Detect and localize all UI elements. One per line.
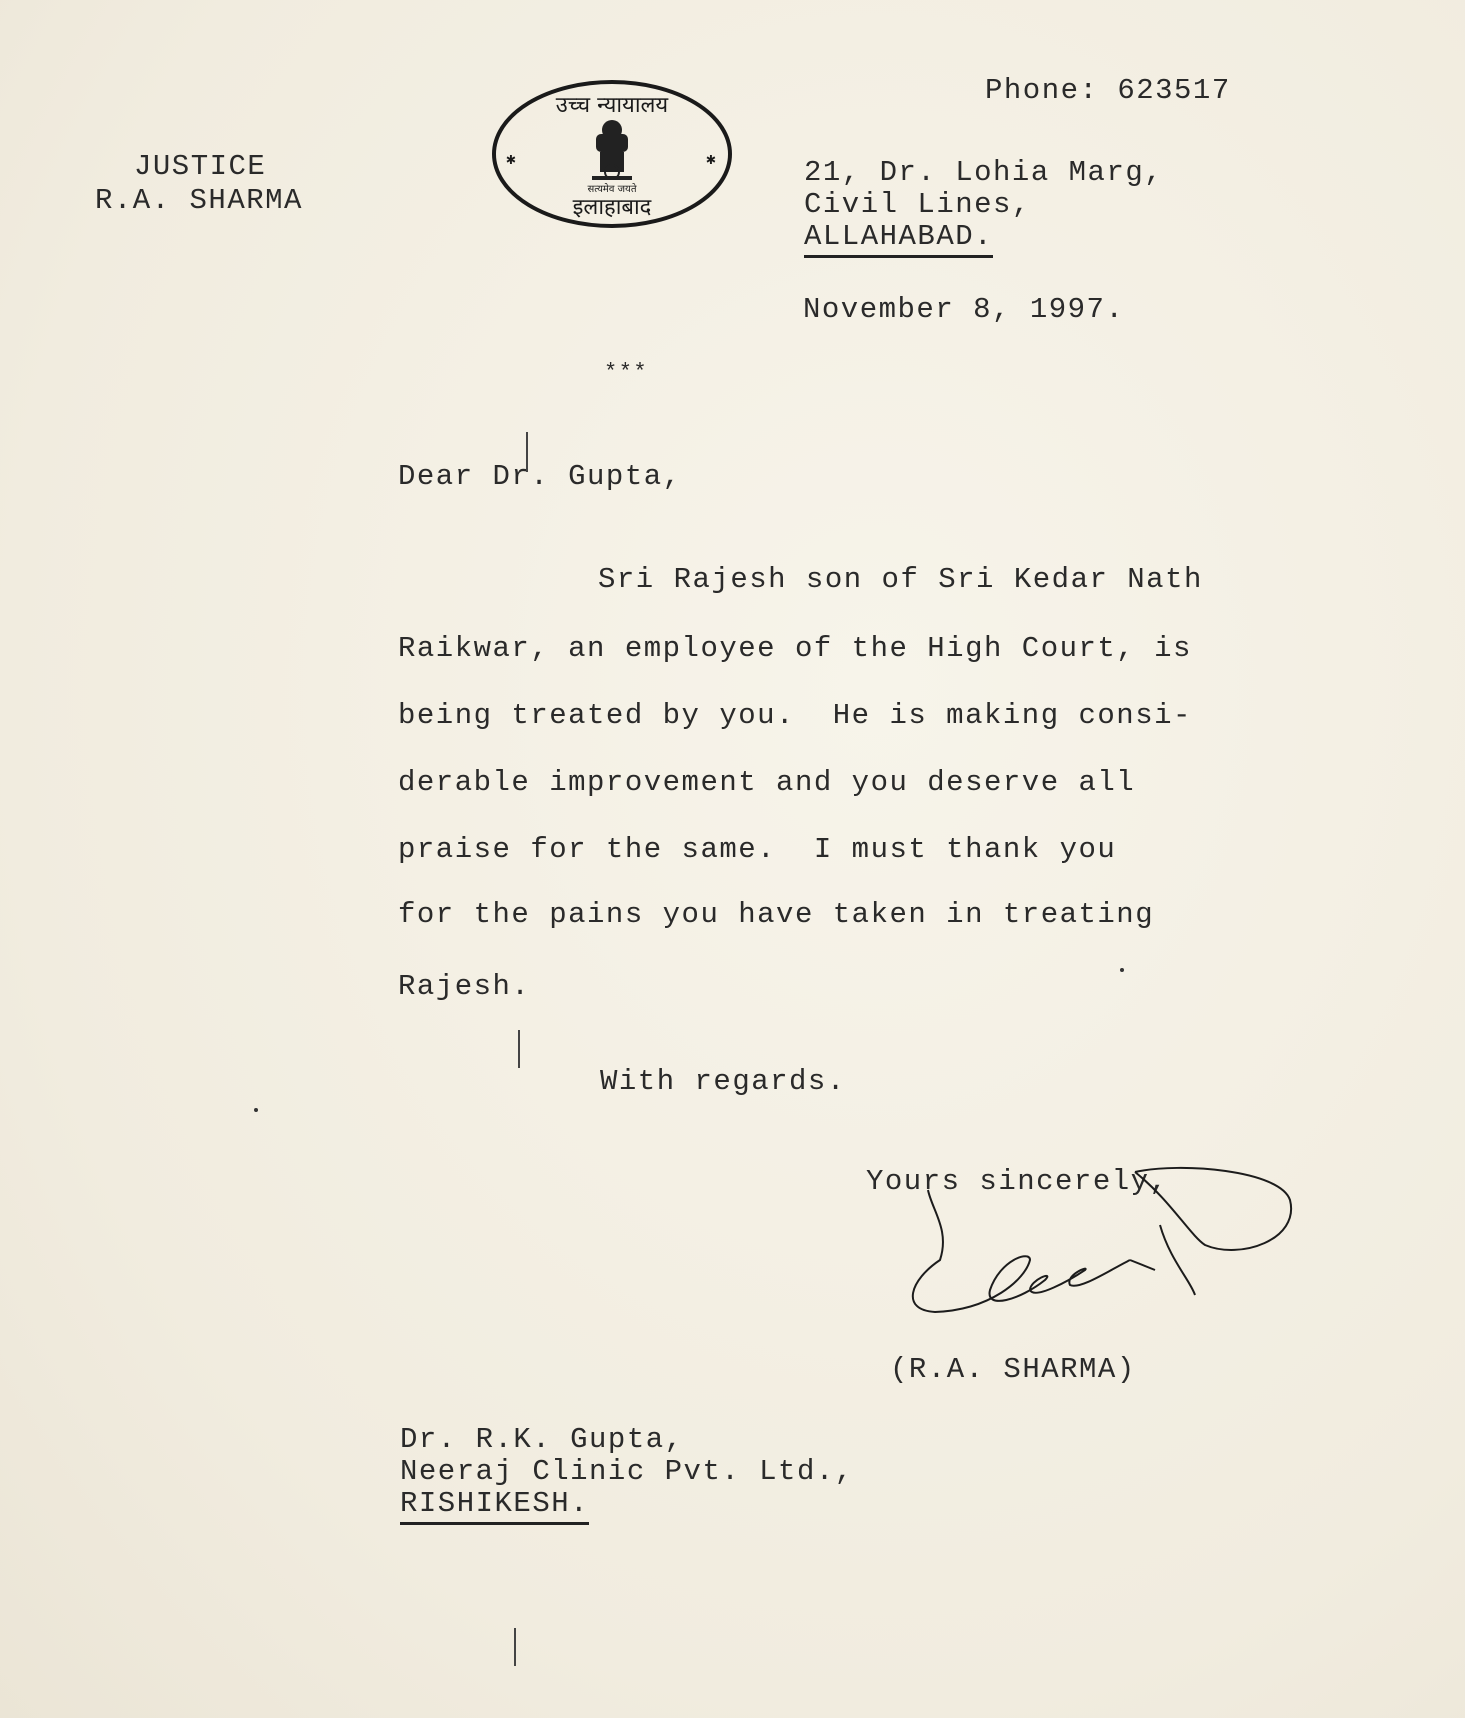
svg-text:✱: ✱ xyxy=(706,151,716,169)
svg-text:उच्च न्यायालय: उच्च न्यायालय xyxy=(556,93,670,118)
letterhead-title: JUSTICE xyxy=(134,152,266,181)
body-line: being treated by you. He is making consi… xyxy=(398,701,1192,730)
signatory-name: (R.A. SHARMA) xyxy=(890,1355,1136,1384)
margin-mark xyxy=(514,1628,516,1666)
recipient-name: Dr. R.K. Gupta, xyxy=(400,1425,684,1454)
address-line-3: ALLAHABAD. xyxy=(804,222,993,251)
recipient-city: RISHIKESH. xyxy=(400,1489,589,1518)
svg-text:सत्यमेव जयते: सत्यमेव जयते xyxy=(587,183,636,195)
body-line: for the pains you have taken in treating xyxy=(398,900,1154,929)
body-line: Sri Rajesh son of Sri Kedar Nath xyxy=(598,565,1203,594)
margin-mark xyxy=(518,1030,520,1068)
address-line-2: Civil Lines, xyxy=(804,190,1031,219)
high-court-emblem-icon: उच्च न्यायालय इलाहाबाद सत्यमेव जयते ✱ ✱ xyxy=(488,72,736,232)
paper-speck xyxy=(254,1108,258,1112)
svg-text:इलाहाबाद: इलाहाबाद xyxy=(573,195,652,220)
address-line-1: 21, Dr. Lohia Marg, xyxy=(804,158,1163,187)
body-line: praise for the same. I must thank you xyxy=(398,835,1116,864)
separator-stars: *** xyxy=(604,362,648,384)
regards: With regards. xyxy=(600,1067,846,1096)
body-line: derable improvement and you deserve all xyxy=(398,768,1135,797)
recipient-organization: Neeraj Clinic Pvt. Ltd., xyxy=(400,1457,854,1486)
letterhead-name: R.A. SHARMA xyxy=(95,186,303,215)
letter-date: November 8, 1997. xyxy=(803,295,1124,324)
svg-text:✱: ✱ xyxy=(506,151,516,169)
paper-speck xyxy=(1120,968,1124,972)
body-line: Raikwar, an employee of the High Court, … xyxy=(398,634,1192,663)
body-line: Rajesh. xyxy=(398,972,530,1001)
margin-mark xyxy=(526,432,528,472)
phone-number: Phone: 623517 xyxy=(985,76,1231,105)
salutation: Dear Dr. Gupta, xyxy=(398,462,682,491)
signature-icon xyxy=(880,1110,1300,1340)
